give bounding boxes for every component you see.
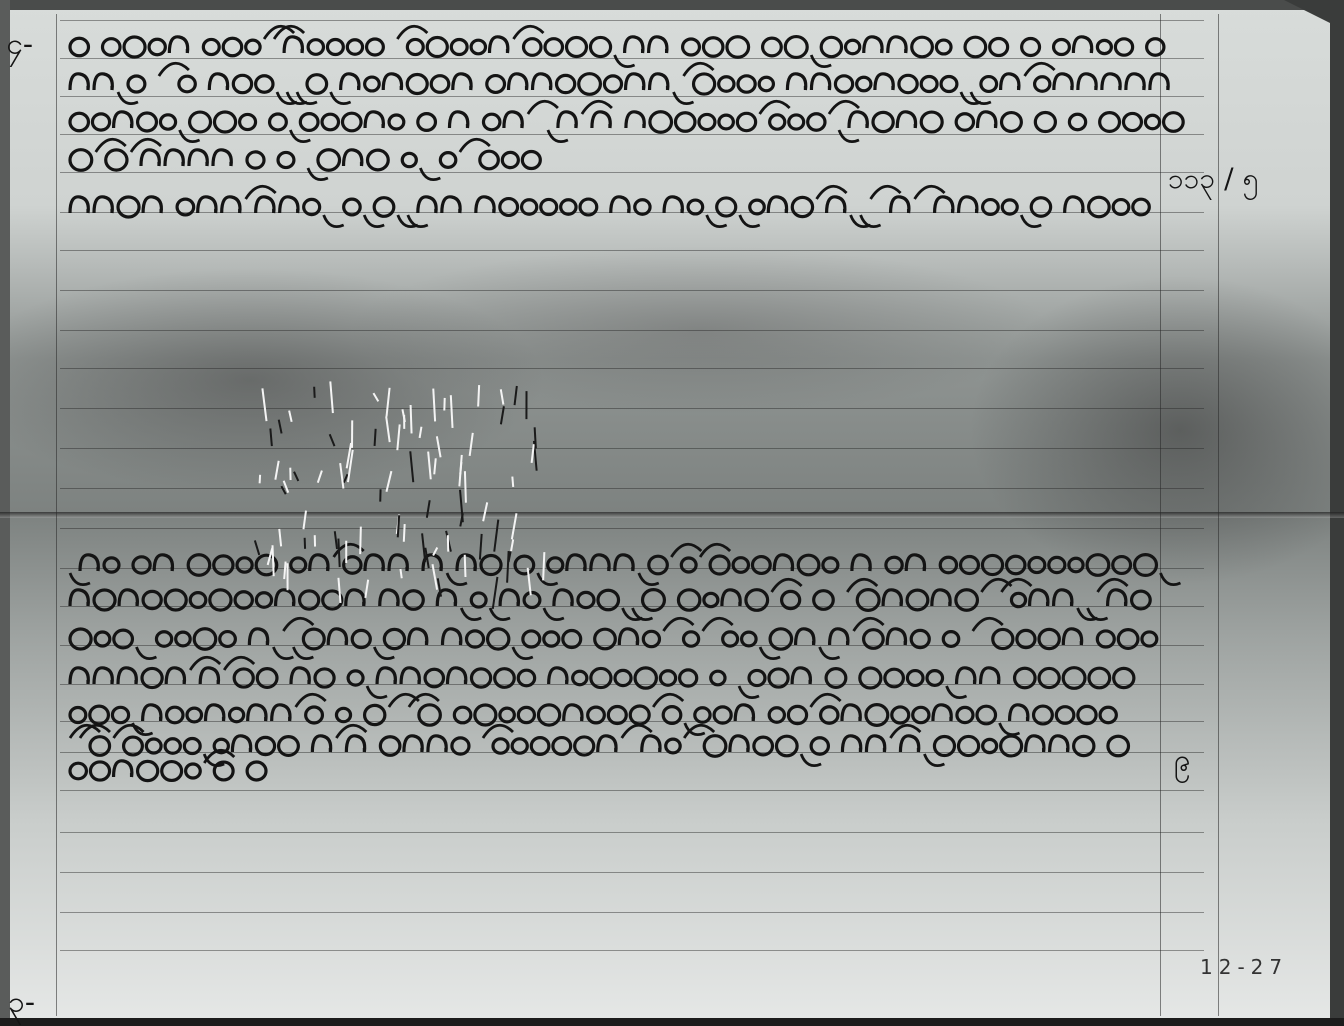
right-margin-note-top: ၁၁၃ / ၅ [1168, 160, 1258, 202]
handwriting-ink [0, 0, 1344, 1026]
right-margin-note-bottom: ၉ [1174, 740, 1191, 785]
top-left-margin-mark: ၄- [6, 24, 33, 69]
manuscript-page: ၄- ၃- ၁၁၃ / ၅ ၉ 12-27 [0, 0, 1344, 1026]
pencil-page-number: 12-27 [1200, 955, 1288, 979]
bottom-left-margin-mark: ၃- [8, 982, 35, 1026]
